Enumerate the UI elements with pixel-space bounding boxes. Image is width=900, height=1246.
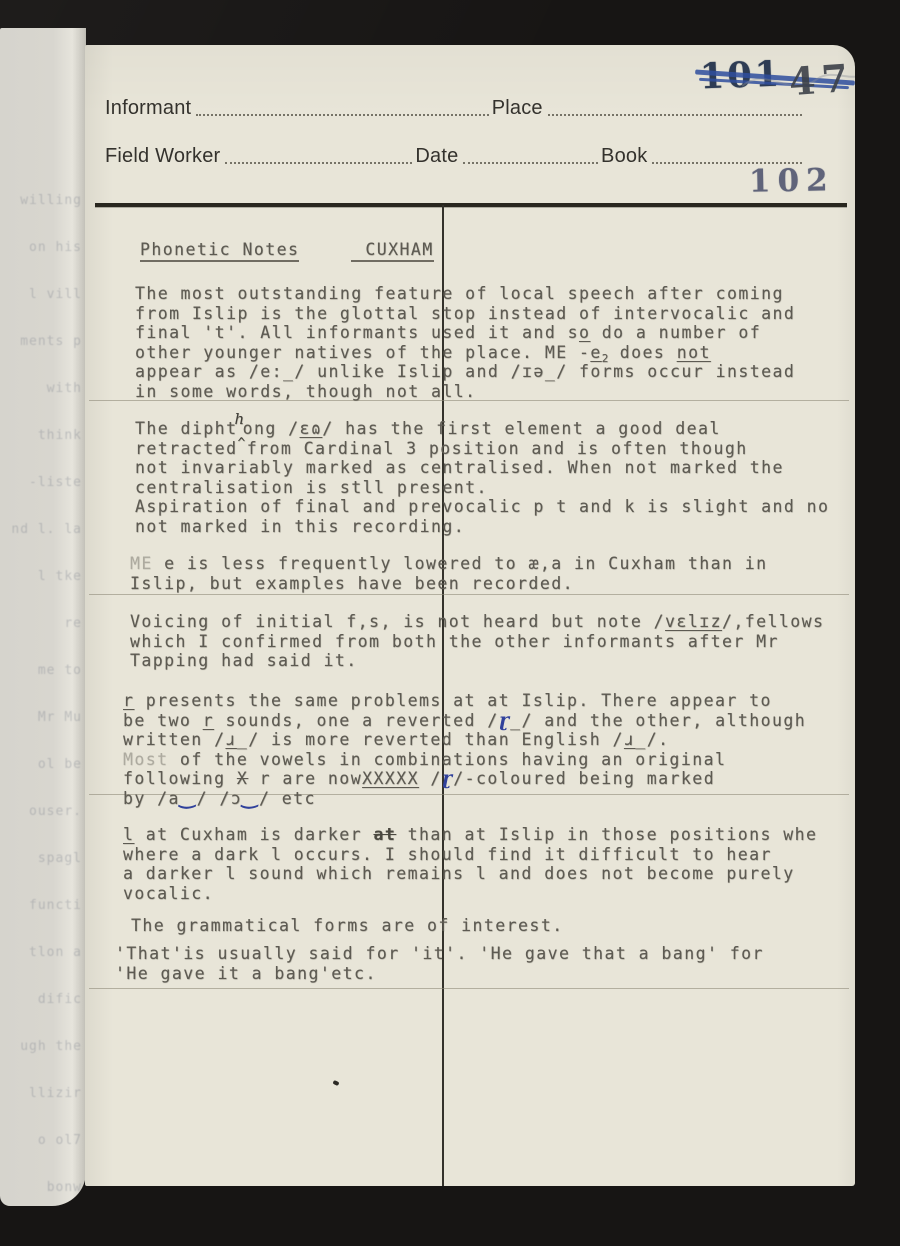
place-field xyxy=(548,100,802,116)
typed-line: retracted^from Cardinal 3 position and i… xyxy=(135,439,829,459)
place-label: Place xyxy=(492,97,547,120)
paragraph-dark-l: l at Cuxham is darker at than at Islip i… xyxy=(123,825,817,903)
typed-line: which I confirmed from both the other in… xyxy=(130,632,824,652)
section-rule xyxy=(89,988,849,989)
paragraph-me-e-lowering: ME e is less frequently lowered to æ,a i… xyxy=(130,554,768,593)
ink-speck xyxy=(332,1080,339,1086)
typed-line: The grammatical forms are of interest. xyxy=(131,916,564,936)
bleed-fragment: functi xyxy=(29,898,82,913)
bleed-fragment: llizir xyxy=(29,1086,82,1101)
typed-line: a darker l sound which remains l and doe… xyxy=(123,864,817,884)
bleed-fragment: willing xyxy=(20,193,82,208)
bleed-fragment: re xyxy=(64,616,82,631)
bleed-fragment: think xyxy=(38,428,82,443)
page-number-stamp: 102 xyxy=(749,162,835,199)
typed-line: from Islip is the glottal stop instead o… xyxy=(135,304,795,324)
paragraph-r-sounds: r presents the same problems at at Islip… xyxy=(123,691,806,808)
paragraph-grammatical-forms: The grammatical forms are of interest. xyxy=(131,916,564,936)
bleed-fragment: l vill xyxy=(29,287,82,302)
typed-line: by /a‿/ /ɔ‿/ etc xyxy=(123,789,806,809)
bleed-fragment: l tke xyxy=(38,569,82,584)
field-worker-label: Field Worker xyxy=(105,145,224,168)
header-row-informant: Informant Place xyxy=(105,97,805,120)
bleed-fragment: dific xyxy=(38,992,82,1007)
typed-line: other younger natives of the place. ME -… xyxy=(135,343,795,363)
book-field xyxy=(652,148,802,164)
paragraph-voicing: Voicing of initial f,s, is not heard but… xyxy=(130,612,824,671)
bleed-fragment: bonw xyxy=(47,1180,82,1195)
date-field xyxy=(463,148,598,164)
typed-line: where a dark l occurs. I should find it … xyxy=(123,845,817,865)
bleed-fragment: nd l. la xyxy=(11,522,82,537)
bleed-fragment: spagl xyxy=(38,851,82,866)
typed-line: Islip, but examples have been recorded. xyxy=(130,574,768,594)
typed-line: not marked in this recording. xyxy=(135,517,829,537)
bleed-fragment: ouser. xyxy=(29,804,82,819)
underlying-page-edge: willingon hisl villments pwiththink-list… xyxy=(0,28,86,1206)
typed-line: centralisation is stll present. xyxy=(135,478,829,498)
bleed-fragment: on his xyxy=(29,240,82,255)
header-row-fieldworker: Field Worker Date Book xyxy=(105,145,805,168)
typed-line: vocalic. xyxy=(123,884,817,904)
typed-line: r presents the same problems at at Islip… xyxy=(123,691,806,711)
typed-line: following X r are nowXXXXX /ɽ/-coloured … xyxy=(123,769,806,789)
typed-line: The most outstanding feature of local sp… xyxy=(135,284,795,304)
bleed-fragment: o ol7 xyxy=(38,1133,82,1148)
typed-line: 'He gave it a bang'etc. xyxy=(115,964,764,984)
typed-line: final 't'. All informants used it and so… xyxy=(135,323,795,343)
scanned-document: { "page": { "stamps": { "old_number": "1… xyxy=(0,0,900,1246)
typed-line: ME e is less frequently lowered to æ,a i… xyxy=(130,554,768,574)
date-label: Date xyxy=(415,145,462,168)
typed-line: l at Cuxham is darker at than at Islip i… xyxy=(123,825,817,845)
paragraph-that-for-it: 'That'is usually said for 'it'. 'He gave… xyxy=(115,944,764,983)
bleed-fragment: me to xyxy=(38,663,82,678)
typed-line: in some words, though not all. xyxy=(135,382,795,402)
title-village-name: CUXHAM xyxy=(351,240,433,262)
field-worker-field xyxy=(225,148,412,164)
paragraph-glottal-stop: The most outstanding feature of local sp… xyxy=(135,284,795,401)
typed-line: Voicing of initial f,s, is not heard but… xyxy=(130,612,824,632)
bleed-fragment: ol be xyxy=(38,757,82,772)
bleed-fragment: Mr Mu xyxy=(38,710,82,725)
typed-line: 'That'is usually said for 'it'. 'He gave… xyxy=(115,944,764,964)
typed-line: be two r sounds, one a reverted /ɽ_/ and… xyxy=(123,711,806,731)
section-rule xyxy=(89,594,849,595)
informant-label: Informant xyxy=(105,97,195,120)
typed-line: Most of the vowels in combinations havin… xyxy=(123,750,806,770)
bleed-fragment: ments p xyxy=(20,334,82,349)
bleed-fragment: with xyxy=(47,381,82,396)
informant-field xyxy=(196,100,488,116)
typed-line: written /ɹ_/ is more reverted than Engli… xyxy=(123,730,806,750)
typed-line: appear as /e:_/ unlike Islip and /ɪə_/ f… xyxy=(135,362,795,382)
typed-line: Tapping had said it. xyxy=(130,651,824,671)
paragraph-diphthong: The diphthong /ɛɷ/ has the first element… xyxy=(135,419,829,536)
header-divider-rule xyxy=(95,203,847,207)
title-phonetic-notes: Phonetic Notes xyxy=(140,240,299,262)
bleed-fragment: ugh the xyxy=(20,1039,82,1054)
section-title: Phonetic NotesCUXHAM xyxy=(140,240,434,260)
typed-line: not invariably marked as centralised. Wh… xyxy=(135,458,829,478)
bleed-fragment: tlon a xyxy=(29,945,82,960)
typed-line: Aspiration of final and prevocalic p t a… xyxy=(135,497,829,517)
book-label: Book xyxy=(601,145,651,168)
bleed-fragment: -liste xyxy=(29,475,82,490)
document-page: 101 47 Informant Place Field Worker Date… xyxy=(85,45,855,1186)
